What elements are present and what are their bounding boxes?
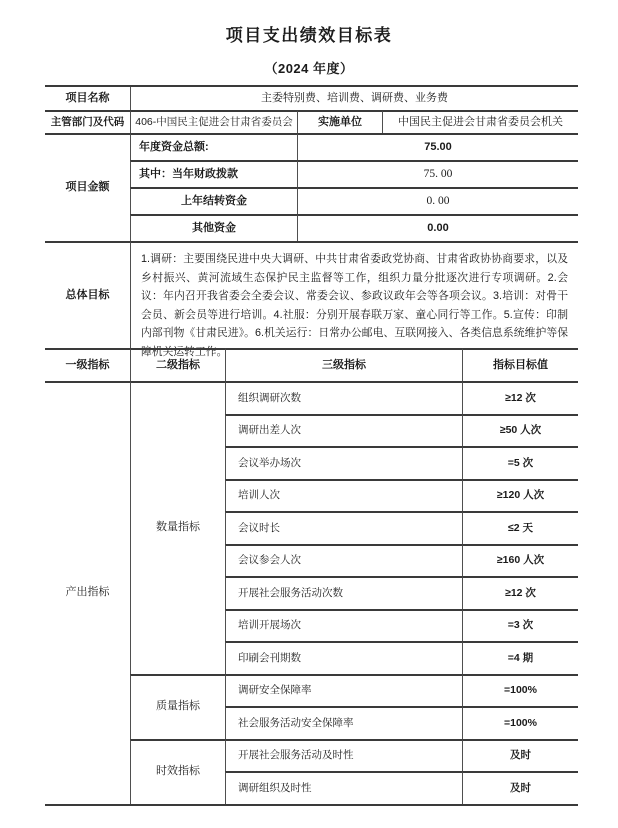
- indicator-target: 及时: [462, 739, 578, 772]
- indicator-name: 组织调研次数: [225, 381, 462, 414]
- indicator-name: 调研组织及时性: [225, 771, 462, 804]
- indicator-name: 社会服务活动安全保障率: [225, 706, 462, 739]
- header-level1: 一级指标: [45, 348, 130, 381]
- indicator-name: 开展社会服务活动次数: [225, 576, 462, 609]
- amount-section-label: 项目金额: [45, 133, 130, 241]
- impl-unit-value: 中国民主促进会甘肃省委员会机关: [382, 110, 578, 133]
- indicator-target: =100%: [462, 674, 578, 707]
- amount-other-label: 其他资金: [130, 214, 297, 241]
- indicator-target: =100%: [462, 706, 578, 739]
- header-target: 指标目标值: [462, 348, 578, 381]
- amount-fiscal-label: 其中：当年财政拨款: [130, 160, 297, 187]
- performance-table: 项目名称 主委特别费、培训费、调研费、业务费 主管部门及代码 406-中国民主促…: [45, 85, 578, 806]
- project-name-label: 项目名称: [45, 87, 130, 110]
- dept-code-label: 主管部门及代码: [45, 110, 130, 133]
- overall-goal-text: 1.调研：主要围绕民进中央大调研、中共甘肃省委政党协商、甘肃省政协协商要求，以及…: [130, 241, 578, 348]
- amount-total-value: 75.00: [297, 133, 578, 160]
- level2-indicator-quantity: 数量指标: [130, 381, 225, 674]
- indicator-target: ≥120 人次: [462, 479, 578, 512]
- indicator-target: 及时: [462, 771, 578, 804]
- indicator-name: 会议举办场次: [225, 446, 462, 479]
- indicator-name: 培训开展场次: [225, 609, 462, 642]
- header-level3: 三级指标: [225, 348, 462, 381]
- amount-total-label: 年度资金总额:: [130, 133, 297, 160]
- indicator-name: 会议参会人次: [225, 544, 462, 577]
- amount-carryover-value: 0. 00: [297, 187, 578, 214]
- indicator-name: 调研安全保障率: [225, 674, 462, 707]
- level2-indicator-quality: 质量指标: [130, 674, 225, 739]
- indicator-target: ≥160 人次: [462, 544, 578, 577]
- indicator-name: 印刷会刊期数: [225, 641, 462, 674]
- header-level2: 二级指标: [130, 348, 225, 381]
- level2-indicator-timeliness: 时效指标: [130, 739, 225, 804]
- indicator-target: ≥12 次: [462, 381, 578, 414]
- doc-subtitle: （2024 年度）: [0, 58, 618, 77]
- impl-unit-label: 实施单位: [297, 110, 382, 133]
- indicator-target: =3 次: [462, 609, 578, 642]
- amount-other-value: 0.00: [297, 214, 578, 241]
- level1-indicator: 产出指标: [45, 381, 130, 804]
- overall-goal-label: 总体目标: [45, 241, 130, 348]
- doc-title: 项目支出绩效目标表: [0, 0, 618, 46]
- indicator-target: ≥50 人次: [462, 414, 578, 447]
- amount-fiscal-value: 75. 00: [297, 160, 578, 187]
- indicator-name: 开展社会服务活动及时性: [225, 739, 462, 772]
- amount-carryover-label: 上年结转资金: [130, 187, 297, 214]
- dept-code-value: 406-中国民主促进会甘肃省委员会: [130, 110, 297, 133]
- project-name-value: 主委特别费、培训费、调研费、业务费: [130, 87, 578, 110]
- indicator-target: ≥12 次: [462, 576, 578, 609]
- indicator-name: 会议时长: [225, 511, 462, 544]
- indicator-target: =5 次: [462, 446, 578, 479]
- indicator-target: =4 期: [462, 641, 578, 674]
- indicator-name: 调研出差人次: [225, 414, 462, 447]
- indicator-target: ≤2 天: [462, 511, 578, 544]
- indicator-name: 培训人次: [225, 479, 462, 512]
